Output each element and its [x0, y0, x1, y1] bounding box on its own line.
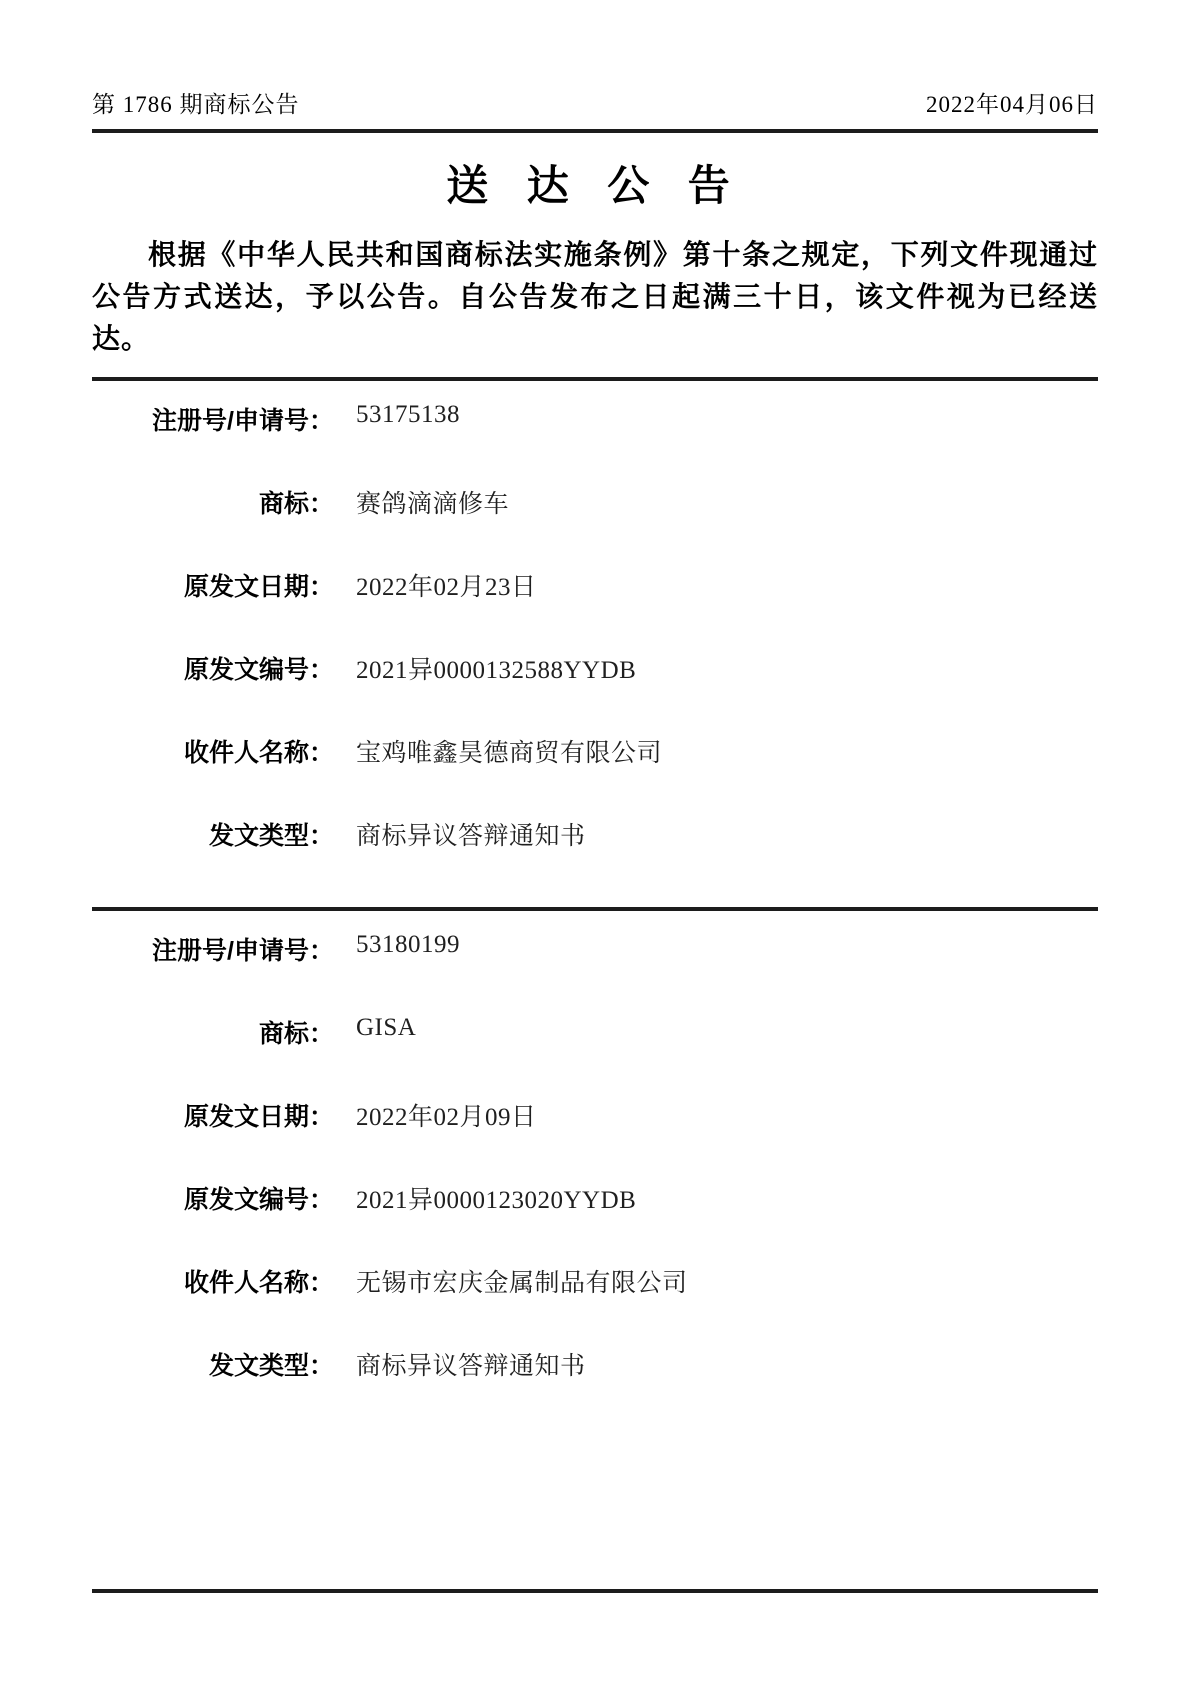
field-label: 注册号/申请号：: [92, 931, 334, 967]
field-value: 无锡市宏庆金属制品有限公司: [356, 1263, 688, 1299]
field-label: 发文类型：: [92, 1346, 334, 1382]
field-value: 2022年02月09日: [356, 1097, 537, 1133]
field-label: 原发文日期：: [92, 567, 334, 603]
page-title: 送 达 公 告: [92, 153, 1098, 213]
record-block-2: 注册号/申请号： 53180199 商标： GISA 原发文日期： 2022年0…: [92, 911, 1098, 1429]
field-label: 原发文编号：: [92, 650, 334, 686]
field-label: 发文类型：: [92, 816, 334, 852]
page-header: 第 1786 期商标公告 2022年04月06日: [92, 0, 1098, 119]
field-label: 原发文编号：: [92, 1180, 334, 1216]
intro-paragraph: 根据《中华人民共和国商标法实施条例》第十条之规定，下列文件现通过公告方式送达，予…: [92, 235, 1098, 361]
field-row-recipient: 收件人名称： 宝鸡唯鑫昊德商贸有限公司: [92, 733, 1098, 816]
field-row-orig-date: 原发文日期： 2022年02月23日: [92, 567, 1098, 650]
field-value: 赛鸽滴滴修车: [356, 484, 509, 520]
field-value: 商标异议答辩通知书: [356, 816, 586, 852]
field-label: 收件人名称：: [92, 733, 334, 769]
header-rule: [92, 129, 1098, 133]
field-row-doc-type: 发文类型： 商标异议答辩通知书: [92, 1346, 1098, 1429]
field-value: 2021异0000123020YYDB: [356, 1180, 636, 1216]
field-value: 2022年02月23日: [356, 567, 537, 603]
field-row-orig-no: 原发文编号： 2021异0000132588YYDB: [92, 650, 1098, 733]
field-label: 原发文日期：: [92, 1097, 334, 1133]
field-label: 注册号/申请号：: [92, 401, 334, 437]
field-value: 53180199: [356, 931, 460, 959]
field-row-recipient: 收件人名称： 无锡市宏庆金属制品有限公司: [92, 1263, 1098, 1346]
field-value: GISA: [356, 1014, 416, 1042]
field-row-doc-type: 发文类型： 商标异议答辩通知书: [92, 816, 1098, 899]
gazette-issue-label: 第 1786 期商标公告: [92, 86, 300, 119]
field-row-reg-no: 注册号/申请号： 53180199: [92, 931, 1098, 1014]
page-bottom-rule: [92, 1589, 1098, 1593]
field-value: 商标异议答辩通知书: [356, 1346, 586, 1382]
field-label: 商标：: [92, 1014, 334, 1050]
record-block-1: 注册号/申请号： 53175138 商标： 赛鸽滴滴修车 原发文日期： 2022…: [92, 381, 1098, 899]
gazette-page: 第 1786 期商标公告 2022年04月06日 送 达 公 告 根据《中华人民…: [92, 0, 1098, 1684]
field-label: 收件人名称：: [92, 1263, 334, 1299]
field-row-trademark: 商标： 赛鸽滴滴修车: [92, 484, 1098, 567]
field-row-orig-date: 原发文日期： 2022年02月09日: [92, 1097, 1098, 1180]
field-value: 宝鸡唯鑫昊德商贸有限公司: [356, 733, 662, 769]
gazette-date: 2022年04月06日: [926, 86, 1098, 119]
field-value: 2021异0000132588YYDB: [356, 650, 636, 686]
field-value: 53175138: [356, 401, 460, 429]
field-row-trademark: 商标： GISA: [92, 1014, 1098, 1097]
field-row-orig-no: 原发文编号： 2021异0000123020YYDB: [92, 1180, 1098, 1263]
field-label: 商标：: [92, 484, 334, 520]
field-row-reg-no: 注册号/申请号： 53175138: [92, 401, 1098, 484]
